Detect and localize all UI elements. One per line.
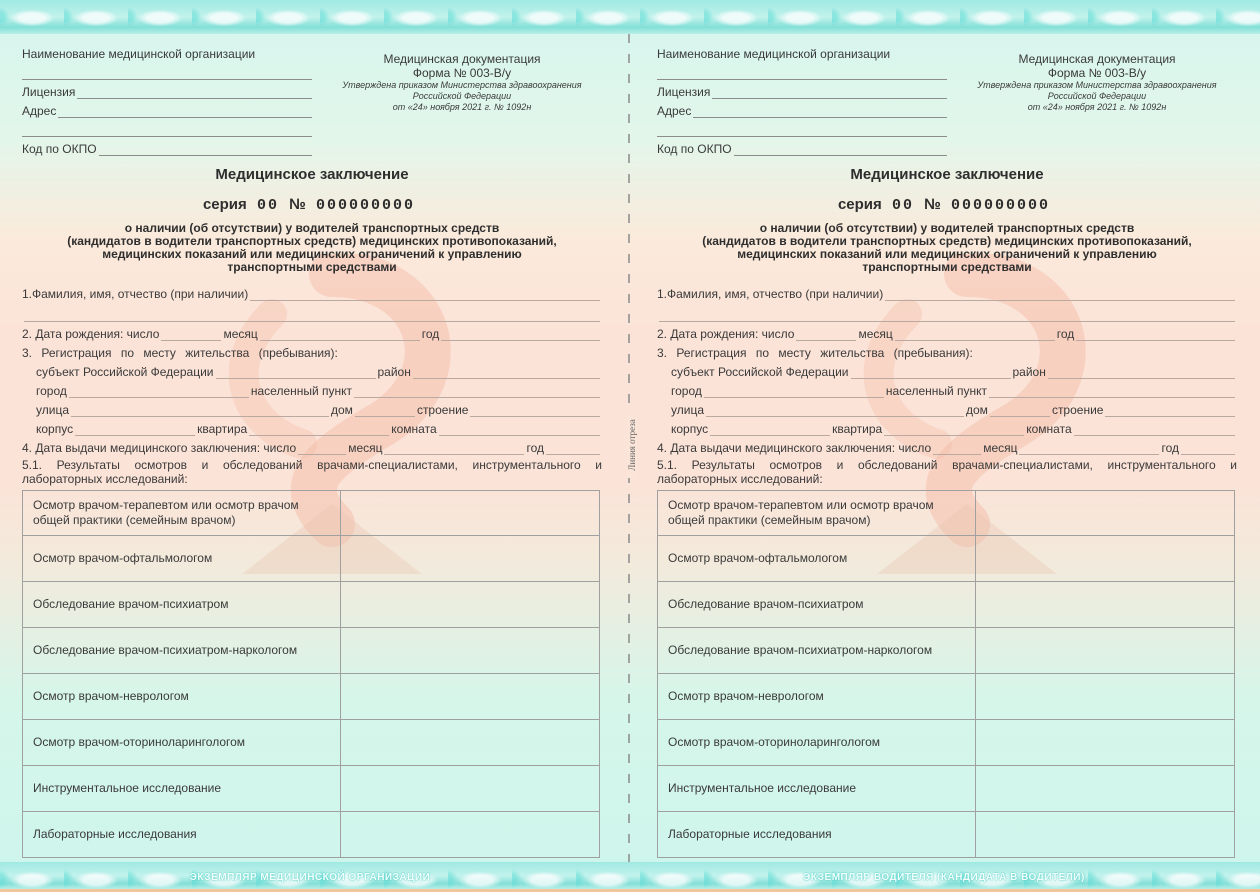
exam-name-cell: Осмотр врачом-оториноларингологом xyxy=(658,720,976,766)
license-label: Лицензия xyxy=(22,85,75,99)
approval-line-2: Российской Федерации xyxy=(322,91,602,102)
city-field[interactable] xyxy=(69,384,249,398)
issue-month-label: месяц xyxy=(348,441,382,455)
district-field[interactable] xyxy=(1048,365,1235,379)
approval-line-3: от «24» ноября 2021 г. № 1092н xyxy=(957,102,1237,113)
birth-month-field[interactable] xyxy=(260,327,420,341)
exam-result-cell[interactable] xyxy=(341,674,600,720)
city-field[interactable] xyxy=(704,384,884,398)
document-title: Медицинское заключение xyxy=(657,166,1237,183)
address-field[interactable] xyxy=(693,105,947,118)
subject-label: субъект Российской Федерации xyxy=(671,365,849,379)
doc-type: Медицинская документация xyxy=(957,52,1237,66)
issue-year-field[interactable] xyxy=(546,441,600,455)
street-label: улица xyxy=(36,403,69,417)
org-header-fields: Наименование медицинской организации Лиц… xyxy=(657,42,947,156)
fio-field[interactable] xyxy=(250,287,600,301)
birth-year-field[interactable] xyxy=(441,327,600,341)
block-field[interactable] xyxy=(710,422,830,436)
address-field[interactable] xyxy=(58,105,312,118)
house-field[interactable] xyxy=(990,403,1050,417)
subject-field[interactable] xyxy=(216,365,376,379)
exam-name-cell: Обследование врачом-психиатром xyxy=(658,582,976,628)
birth-year-label: год xyxy=(1057,327,1075,341)
registration-label: 3. Регистрация по месту жительства (преб… xyxy=(22,346,338,360)
birth-month-field[interactable] xyxy=(895,327,1055,341)
birth-month-label: месяц xyxy=(858,327,892,341)
exam-result-cell[interactable] xyxy=(976,536,1235,582)
table-row: Лабораторные исследования xyxy=(658,812,1235,858)
street-field[interactable] xyxy=(71,403,329,417)
series-number-line: серия 00 № 000000000 xyxy=(657,196,1237,214)
exam-result-cell[interactable] xyxy=(341,491,600,536)
exam-result-cell[interactable] xyxy=(341,536,600,582)
address-field-line2[interactable] xyxy=(657,124,947,137)
address-label: Адрес xyxy=(22,104,56,118)
locality-field[interactable] xyxy=(989,384,1235,398)
copy-label-medical-org: ЭКЗЕМПЛЯР МЕДИЦИНСКОЙ ОРГАНИЗАЦИИ xyxy=(190,872,431,883)
city-label: город xyxy=(671,384,702,398)
exam-result-cell[interactable] xyxy=(341,628,600,674)
fio-field-line2[interactable] xyxy=(24,308,600,322)
locality-label: населенный пункт xyxy=(886,384,987,398)
issue-month-label: месяц xyxy=(983,441,1017,455)
exam-name-cell: Осмотр врачом-офтальмологом xyxy=(23,536,341,582)
building-label: строение xyxy=(1052,403,1104,417)
table-row: Осмотр врачом-терапевтом или осмотр врач… xyxy=(23,491,600,536)
form-page-driver-copy: Наименование медицинской организации Лиц… xyxy=(657,34,1237,862)
description-line: транспортными средствами xyxy=(22,261,602,274)
district-label: район xyxy=(1013,365,1046,379)
form-number: Форма № 003-В/у xyxy=(322,66,602,80)
exam-name-cell: Осмотр врачом-терапевтом или осмотр врач… xyxy=(23,491,341,536)
org-name-label: Наименование медицинской организации xyxy=(22,47,255,61)
subject-field[interactable] xyxy=(851,365,1011,379)
number-value: 000000000 xyxy=(951,197,1050,214)
street-label: улица xyxy=(671,403,704,417)
okpo-label: Код по ОКПО xyxy=(22,142,97,156)
document-description: о наличии (об отсутствии) у водителей тр… xyxy=(657,222,1237,274)
exam-result-cell[interactable] xyxy=(976,812,1235,858)
issue-year-label: год xyxy=(526,441,544,455)
document-description: о наличии (об отсутствии) у водителей тр… xyxy=(22,222,602,274)
table-row: Обследование врачом-психиатром xyxy=(658,582,1235,628)
okpo-label: Код по ОКПО xyxy=(657,142,732,156)
birth-year-label: год xyxy=(422,327,440,341)
number-label: № xyxy=(289,196,306,213)
exam-result-cell[interactable] xyxy=(976,582,1235,628)
org-header-fields: Наименование медицинской организации Лиц… xyxy=(22,42,312,156)
fio-label: 1.Фамилия, имя, отчество (при наличии) xyxy=(22,287,248,301)
org-name-label: Наименование медицинской организации xyxy=(657,47,890,61)
issue-year-label: год xyxy=(1161,441,1179,455)
block-label: корпус xyxy=(671,422,708,436)
series-label: серия xyxy=(203,196,247,213)
building-label: строение xyxy=(417,403,469,417)
exam-name-cell: Инструментальное исследование xyxy=(658,766,976,812)
license-field[interactable] xyxy=(77,86,312,99)
exam-name-cell: Обследование врачом-психиатром-нарколого… xyxy=(658,628,976,674)
exam-name-cell: Лабораторные исследования xyxy=(658,812,976,858)
table-row: Осмотр врачом-оториноларингологом xyxy=(658,720,1235,766)
apartment-label: квартира xyxy=(832,422,882,436)
table-row: Осмотр врачом-неврологом xyxy=(658,674,1235,720)
registration-label: 3. Регистрация по месту жительства (преб… xyxy=(657,346,973,360)
personal-data-form: 1.Фамилия, имя, отчество (при наличии) 2… xyxy=(657,282,1237,486)
city-label: город xyxy=(36,384,67,398)
series-value: 00 xyxy=(257,197,279,214)
form-number: Форма № 003-В/у xyxy=(957,66,1237,80)
block-field[interactable] xyxy=(75,422,195,436)
table-row: Лабораторные исследования xyxy=(23,812,600,858)
exam-name-cell: Лабораторные исследования xyxy=(23,812,341,858)
results-table: Осмотр врачом-терапевтом или осмотр врач… xyxy=(657,490,1235,858)
exam-result-cell[interactable] xyxy=(976,674,1235,720)
exam-name-cell: Осмотр врачом-терапевтом или осмотр врач… xyxy=(658,491,976,536)
decorative-bottom-border: ЭКЗЕМПЛЯР МЕДИЦИНСКОЙ ОРГАНИЗАЦИИ ЭКЗЕМП… xyxy=(0,862,1260,892)
table-row: Обследование врачом-психиатром xyxy=(23,582,600,628)
fio-field-line2[interactable] xyxy=(659,308,1235,322)
exam-name-cell: Осмотр врачом-неврологом xyxy=(658,674,976,720)
series-value: 00 xyxy=(892,197,914,214)
birth-date-label: 2. Дата рождения: число xyxy=(22,327,159,341)
results-label: 5.1. Результаты осмотров и обследований … xyxy=(657,458,1237,486)
birth-day-field[interactable] xyxy=(796,327,856,341)
decorative-top-border xyxy=(0,0,1260,34)
district-field[interactable] xyxy=(413,365,600,379)
exam-result-cell[interactable] xyxy=(341,582,600,628)
subject-label: субъект Российской Федерации xyxy=(36,365,214,379)
birth-day-field[interactable] xyxy=(161,327,221,341)
address-field-line2[interactable] xyxy=(22,124,312,137)
org-name-field[interactable] xyxy=(22,67,312,80)
series-number-line: серия 00 № 000000000 xyxy=(22,196,602,214)
table-row: Обследование врачом-психиатром-нарколого… xyxy=(658,628,1235,674)
building-field[interactable] xyxy=(1105,403,1235,417)
table-row: Инструментальное исследование xyxy=(658,766,1235,812)
house-label: дом xyxy=(966,403,988,417)
birth-year-field[interactable] xyxy=(1076,327,1235,341)
okpo-field[interactable] xyxy=(99,143,312,156)
org-name-field[interactable] xyxy=(657,67,947,80)
approval-line-2: Российской Федерации xyxy=(957,91,1237,102)
birth-month-label: месяц xyxy=(223,327,257,341)
locality-field[interactable] xyxy=(354,384,600,398)
building-field[interactable] xyxy=(470,403,600,417)
exam-name-cell: Обследование врачом-психиатром xyxy=(23,582,341,628)
cut-line-label: Линия отреза xyxy=(627,412,637,478)
description-line: транспортными средствами xyxy=(657,261,1237,274)
house-field[interactable] xyxy=(355,403,415,417)
room-field[interactable] xyxy=(1074,422,1235,436)
house-label: дом xyxy=(331,403,353,417)
exam-result-cell[interactable] xyxy=(341,720,600,766)
apartment-field[interactable] xyxy=(884,422,1024,436)
issue-day-field[interactable] xyxy=(933,441,981,455)
block-label: корпус xyxy=(36,422,73,436)
table-row: Осмотр врачом-оториноларингологом xyxy=(23,720,600,766)
district-label: район xyxy=(378,365,411,379)
exam-result-cell[interactable] xyxy=(341,766,600,812)
exam-name-cell: Обследование врачом-психиатром-нарколого… xyxy=(23,628,341,674)
number-value: 000000000 xyxy=(316,197,415,214)
fio-field[interactable] xyxy=(885,287,1235,301)
issue-date-label: 4. Дата выдачи медицинского заключения: … xyxy=(22,441,296,455)
form-page-medical-org-copy: Наименование медицинской организации Лиц… xyxy=(22,34,602,862)
results-label: 5.1. Результаты осмотров и обследований … xyxy=(22,458,602,486)
series-label: серия xyxy=(838,196,882,213)
street-field[interactable] xyxy=(706,403,964,417)
issue-date-label: 4. Дата выдачи медицинского заключения: … xyxy=(657,441,931,455)
exam-name-cell: Осмотр врачом-офтальмологом xyxy=(658,536,976,582)
fio-label: 1.Фамилия, имя, отчество (при наличии) xyxy=(657,287,883,301)
approval-line-3: от «24» ноября 2021 г. № 1092н xyxy=(322,102,602,113)
table-row: Инструментальное исследование xyxy=(23,766,600,812)
issue-month-field[interactable] xyxy=(1019,441,1159,455)
form-approval-block: Медицинская документация Форма № 003-В/у… xyxy=(322,52,602,113)
results-table: Осмотр врачом-терапевтом или осмотр врач… xyxy=(22,490,600,858)
exam-result-cell[interactable] xyxy=(976,628,1235,674)
table-row: Осмотр врачом-офтальмологом xyxy=(23,536,600,582)
approval-line-1: Утверждена приказом Министерства здравоо… xyxy=(322,80,602,91)
table-row: Осмотр врачом-неврологом xyxy=(23,674,600,720)
birth-date-label: 2. Дата рождения: число xyxy=(657,327,794,341)
exam-result-cell[interactable] xyxy=(976,720,1235,766)
room-field[interactable] xyxy=(439,422,600,436)
approval-line-1: Утверждена приказом Министерства здравоо… xyxy=(957,80,1237,91)
doc-type: Медицинская документация xyxy=(322,52,602,66)
exam-name-cell: Осмотр врачом-неврологом xyxy=(23,674,341,720)
license-field[interactable] xyxy=(712,86,947,99)
license-label: Лицензия xyxy=(657,85,710,99)
issue-year-field[interactable] xyxy=(1181,441,1235,455)
address-label: Адрес xyxy=(657,104,691,118)
table-row: Осмотр врачом-терапевтом или осмотр врач… xyxy=(658,491,1235,536)
apartment-label: квартира xyxy=(197,422,247,436)
room-label: комната xyxy=(1026,422,1071,436)
exam-name-cell: Осмотр врачом-оториноларингологом xyxy=(23,720,341,766)
okpo-field[interactable] xyxy=(734,143,947,156)
personal-data-form: 1.Фамилия, имя, отчество (при наличии) 2… xyxy=(22,282,602,486)
exam-result-cell[interactable] xyxy=(976,766,1235,812)
copy-label-driver: ЭКЗЕМПЛЯР ВОДИТЕЛЯ (КАНДИДАТА В ВОДИТЕЛИ… xyxy=(803,872,1085,883)
table-row: Осмотр врачом-офтальмологом xyxy=(658,536,1235,582)
number-label: № xyxy=(924,196,941,213)
table-row: Обследование врачом-психиатром-нарколого… xyxy=(23,628,600,674)
exam-result-cell[interactable] xyxy=(976,491,1235,536)
issue-month-field[interactable] xyxy=(384,441,524,455)
form-approval-block: Медицинская документация Форма № 003-В/у… xyxy=(957,52,1237,113)
exam-result-cell[interactable] xyxy=(341,812,600,858)
document-title: Медицинское заключение xyxy=(22,166,602,183)
exam-name-cell: Инструментальное исследование xyxy=(23,766,341,812)
issue-day-field[interactable] xyxy=(298,441,346,455)
room-label: комната xyxy=(391,422,436,436)
locality-label: населенный пункт xyxy=(251,384,352,398)
apartment-field[interactable] xyxy=(249,422,389,436)
